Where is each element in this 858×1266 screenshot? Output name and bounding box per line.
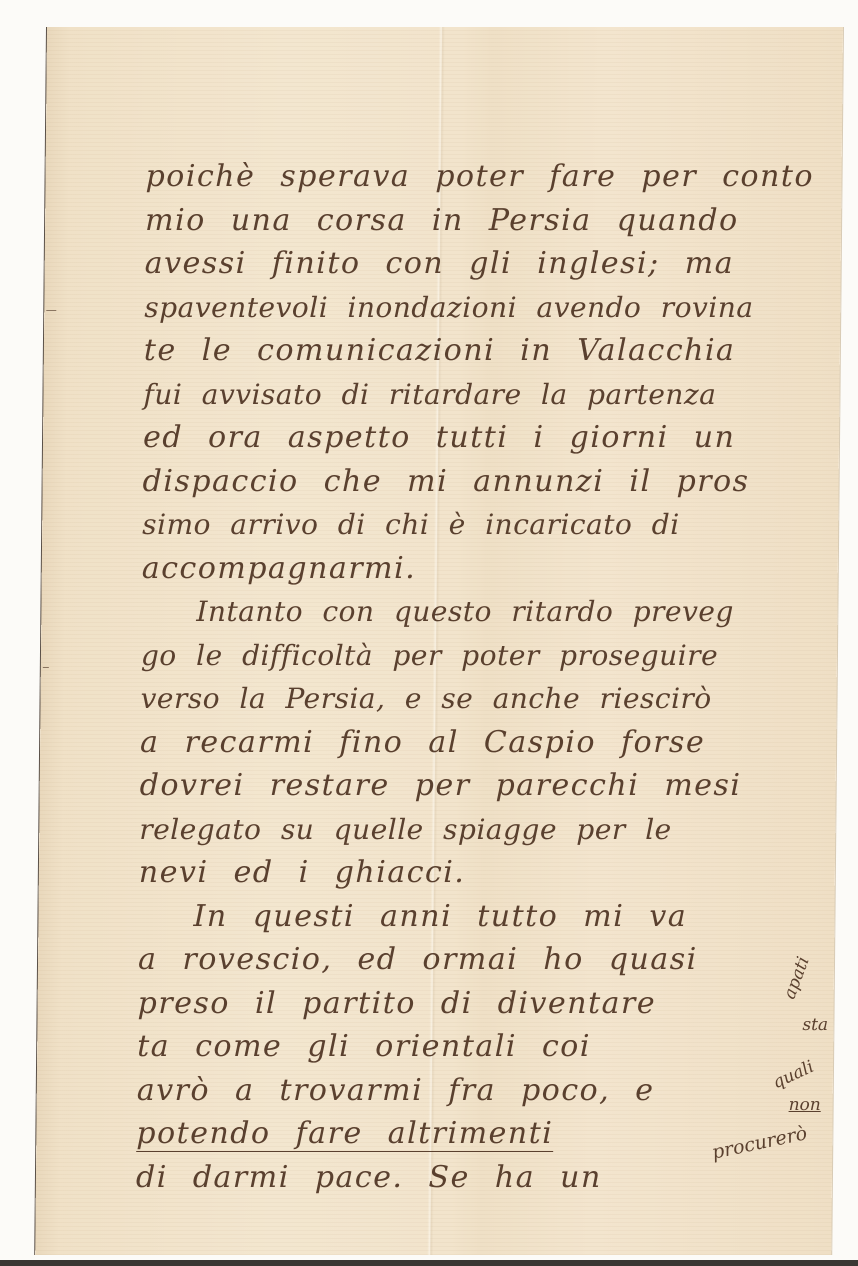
text-line: verso la Persia, e se anche riescirò: [140, 677, 830, 721]
text-line: mio una corsa in Persia quando: [145, 199, 835, 243]
text-line: ed ora aspetto tutti i giorni un: [143, 416, 833, 460]
margin-mark: [43, 667, 49, 668]
text-line: spaventevoli inondazioni avendo rovina: [144, 286, 834, 330]
text-line: a rovescio, ed ormai ho quasi: [138, 938, 828, 982]
interlinear-insertion: non: [789, 1095, 821, 1115]
handwritten-text: poichè sperava poter fare per conto mio …: [136, 155, 836, 1199]
text-line: ta come gli orientali coi: [137, 1025, 827, 1069]
scan-bottom-edge: [0, 1260, 858, 1266]
paragraph-start-line: Intanto con questo ritardo preveg: [141, 590, 831, 634]
text-line: avrò a trovarmi fra poco, e: [137, 1069, 827, 1113]
text-line: dovrei restare per parecchi mesi: [140, 764, 830, 808]
text-line: preso il partito di diventare: [137, 982, 827, 1026]
margin-mark: [46, 310, 56, 311]
text-line: te le comunicazioni in Valacchia: [144, 329, 834, 373]
text-line: dispaccio che mi annunzi il pros: [142, 460, 832, 504]
text-line: nevi ed i ghiacci.: [139, 851, 829, 895]
paragraph-start-line: In questi anni tutto mi va: [138, 895, 828, 939]
letter-sheet: poichè sperava poter fare per conto mio …: [35, 27, 843, 1255]
text-line: relegato su quelle spiagge per le: [139, 808, 829, 852]
text-line: poichè sperava poter fare per conto: [145, 155, 835, 199]
interlinear-insertion: sta: [802, 1015, 828, 1035]
text-line: a recarmi fino al Caspio forse: [140, 721, 830, 765]
text-line: avessi finito con gli inglesi; ma: [145, 242, 835, 286]
text-line: simo arrivo di chi è incaricato di: [142, 503, 832, 547]
text-line: fui avvisato di ritardare la partenza: [143, 373, 833, 417]
text-line: go le difficoltà per poter proseguire: [141, 634, 831, 678]
text-line: accompagnarmi.: [142, 547, 832, 591]
scanned-page: poichè sperava poter fare per conto mio …: [0, 0, 858, 1266]
